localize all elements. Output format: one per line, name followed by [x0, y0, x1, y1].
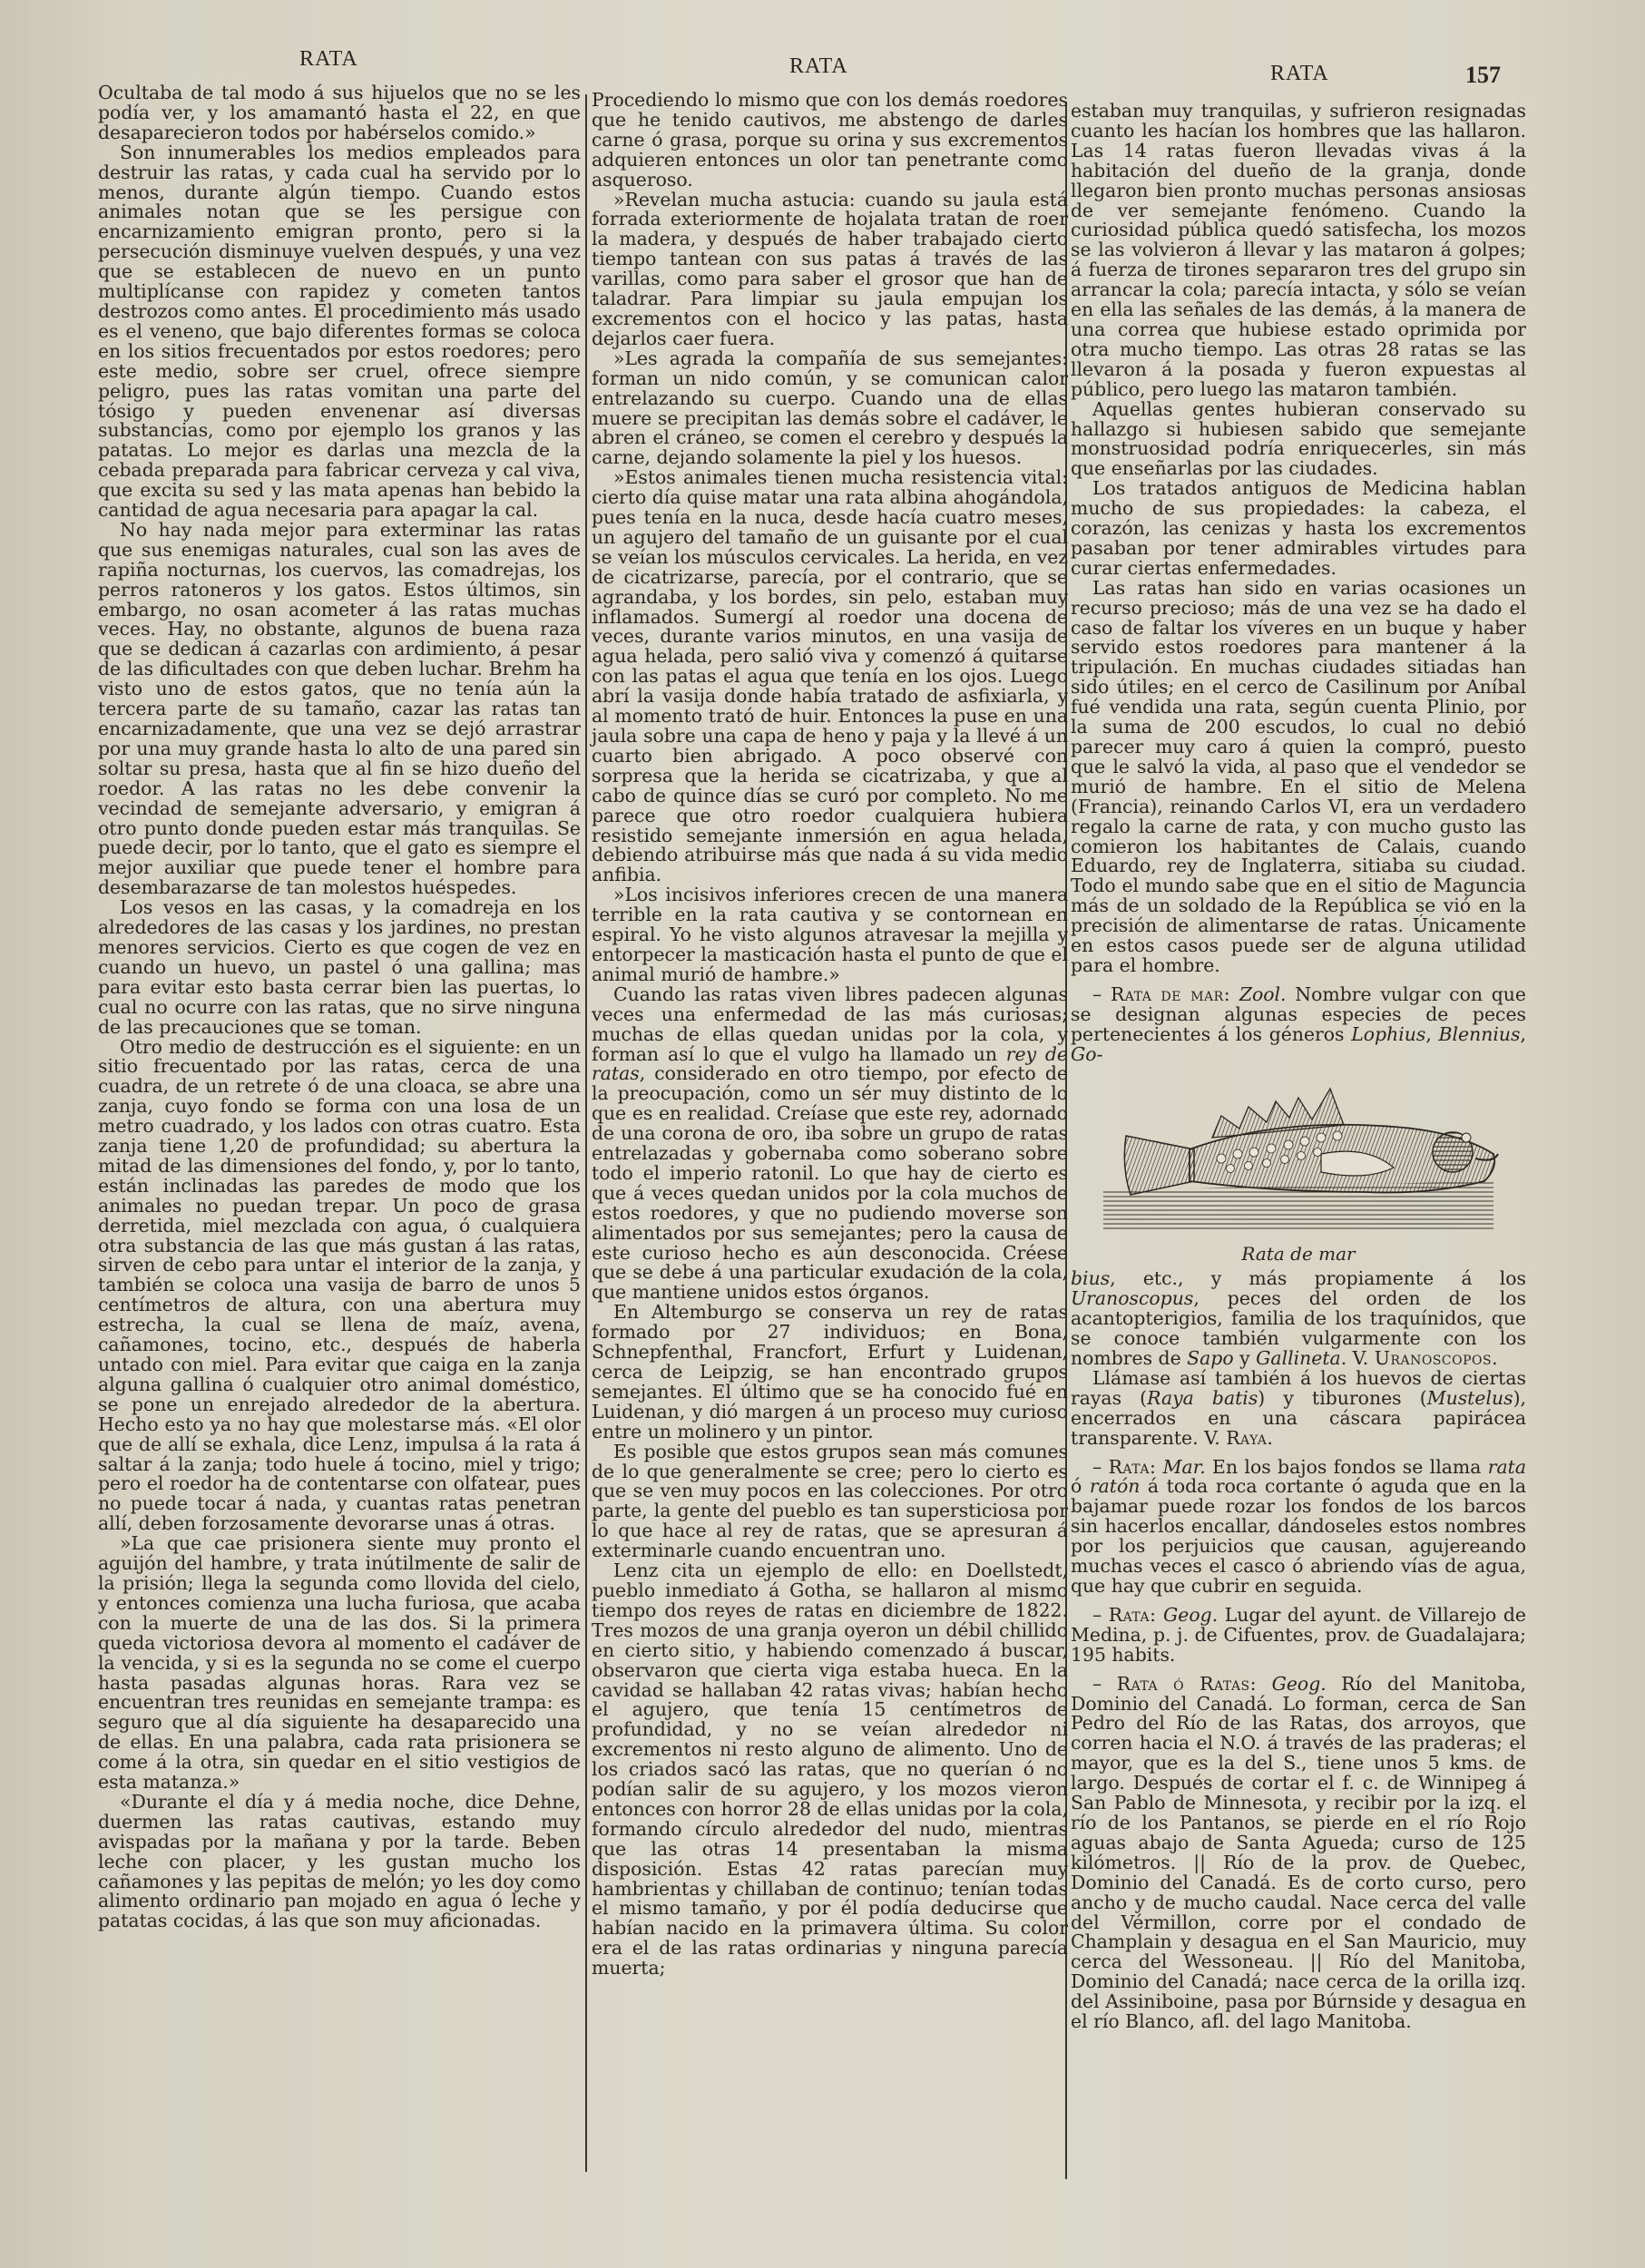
column-1: Ocultaba de tal modo á sus hijuelos que …: [98, 83, 581, 1931]
column-3: estaban muy tranquilas, y sufrieron resi…: [1071, 102, 1526, 2032]
field-label: Geog.: [1272, 1673, 1327, 1695]
page-number: 157: [1465, 62, 1501, 89]
headword: Rata:: [1109, 1604, 1157, 1626]
paragraph: Ocultaba de tal modo á sus hijuelos que …: [98, 83, 581, 143]
entry-rata-mar: – Rata: Mar. En los bajos fondos se llam…: [1071, 1458, 1526, 1597]
cross-reference: Raya: [1226, 1427, 1267, 1449]
headword: Rata ó Ratas:: [1117, 1673, 1257, 1695]
field-label: Zool.: [1239, 983, 1287, 1005]
headword: Rata de mar:: [1111, 983, 1230, 1005]
headword: Rata:: [1109, 1456, 1157, 1478]
entry-rata-geog-1: – Rata: Geog. Lugar del ayunt. de Villar…: [1071, 1606, 1526, 1666]
paragraph: »Estos animales tienen mucha resistencia…: [592, 468, 1068, 885]
fish-engraving-icon: [1094, 1081, 1503, 1236]
paragraph: »Los incisivos inferiores crecen de una …: [592, 885, 1068, 985]
paragraph: Llámase así también á los huevos de cier…: [1071, 1369, 1526, 1449]
paragraph: Aquellas gentes hubieran conservado su h…: [1071, 400, 1526, 480]
running-head-left: RATA: [299, 47, 358, 72]
figure-rata-de-mar: Rata de mar: [1071, 1081, 1526, 1265]
paragraph: «Durante el día y á media noche, dice De…: [98, 1793, 581, 1931]
paragraph: En Altemburgo se conserva un rey de rata…: [592, 1303, 1068, 1442]
paragraph: »La que cae prisionera siente muy pronto…: [98, 1534, 581, 1793]
paragraph: Las ratas han sido en varias ocasiones u…: [1071, 579, 1526, 976]
paragraph: estaban muy tranquilas, y sufrieron resi…: [1071, 102, 1526, 400]
paragraph: »Revelan mucha astucia: cuando su jaula …: [592, 191, 1068, 349]
paragraph: Procediendo lo mismo que con los demás r…: [592, 91, 1068, 191]
figure-caption: Rata de mar: [1071, 1245, 1526, 1265]
entry-rata-geog-2: – Rata ó Ratas: Geog. Río del Manitoba, …: [1071, 1675, 1526, 2032]
paragraph: Es posible que estos grupos sean más com…: [592, 1442, 1068, 1561]
column-rule: [585, 94, 587, 2172]
paragraph: Son innumerables los medios empleados pa…: [98, 143, 581, 521]
paragraph: Cuando las ratas viven libres padecen al…: [592, 985, 1068, 1304]
field-label: Mar.: [1163, 1456, 1206, 1478]
column-2: Procediendo lo mismo que con los demás r…: [592, 91, 1068, 1979]
paragraph: Otro medio de destrucción es el siguient…: [98, 1038, 581, 1535]
running-head-center: RATA: [789, 54, 848, 79]
paragraph: Lenz cita un ejemplo de ello: en Doellst…: [592, 1561, 1068, 1979]
paragraph: No hay nada mejor para exterminar las ra…: [98, 521, 581, 898]
cross-reference: Uranoscopos: [1375, 1347, 1492, 1369]
paragraph: »Les agrada la compañía de sus semejante…: [592, 349, 1068, 468]
field-label: Geog.: [1163, 1604, 1218, 1626]
encyclopedia-page: RATA RATA RATA 157 Ocultaba de tal modo …: [0, 0, 1645, 2268]
paragraph: Los tratados antiguos de Medicina hablan…: [1071, 479, 1526, 579]
paragraph: bius, etc., y más propiamente á los Uran…: [1071, 1269, 1526, 1369]
entry-rata-de-mar: – Rata de mar: Zool. Nombre vulgar con q…: [1071, 985, 1526, 1065]
running-head-right: RATA: [1270, 62, 1329, 86]
paragraph: Los vesos en las casas, y la comadreja e…: [98, 898, 581, 1037]
